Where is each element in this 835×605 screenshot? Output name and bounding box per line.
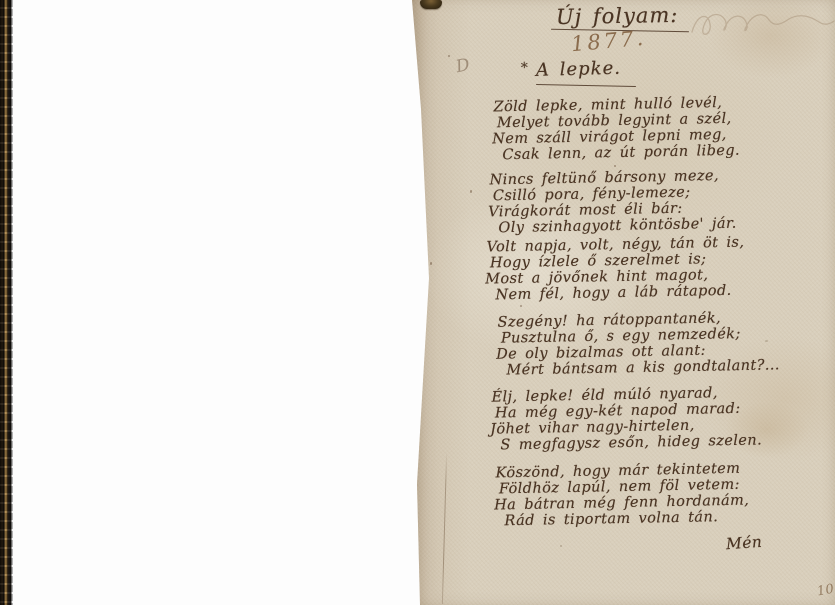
series-title: Új folyam: [556,3,679,29]
poem-stanza-2: Nincs feltünő bársony meze, Csilló pora,… [489,168,736,237]
title-asterisk: * [521,60,529,76]
paper-speck [765,340,768,342]
paper-speck [470,190,472,193]
poem-title-text: A lepke. [536,58,621,81]
paper-speck [614,165,616,167]
catchword: Mén [725,533,762,553]
book-spine-edge [0,0,13,605]
poem-stanza-4: Szegény! ha rátoppantanék, Pusztulna ő, … [497,309,780,378]
manuscript-scan: { "scan": { "header": { "series_label": … [0,0,835,605]
page-number: 10 [816,582,835,600]
poem-stanza-3: Volt napja, volt, négy, tán öt is, Hogy … [486,235,745,304]
faint-pencil-inscription [688,2,835,48]
paper-speck [560,545,562,547]
poem-stanza-5: Élj, lepke! éld múló nyarad, Ha még egy-… [491,384,762,453]
poem-stanza-6: Köszönd, hogy már tekintetem Földhöz lap… [495,461,749,530]
book-clasp-knob [420,0,442,9]
paper-speck [448,55,450,57]
poem-stanza-1: Zöld lepke, mint hulló levél, Melyet tov… [493,95,740,164]
paper-speck [430,262,432,265]
poem-title: *A lepke. [521,58,621,82]
paper-speck [520,305,522,307]
